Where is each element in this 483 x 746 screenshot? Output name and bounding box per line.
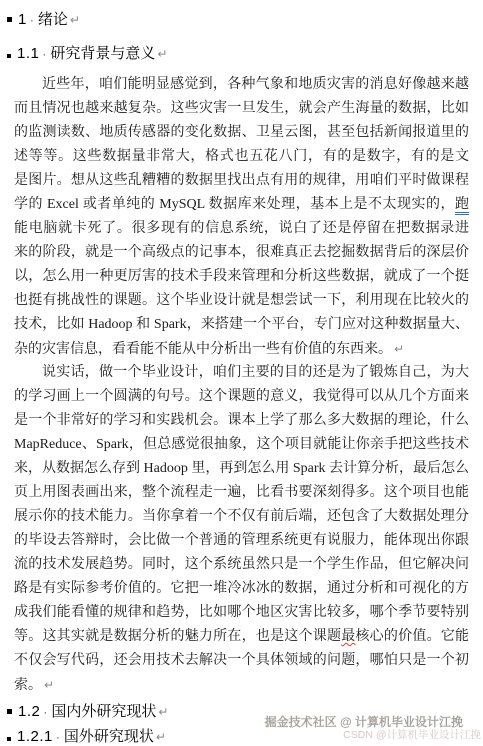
space-mark-icon: ·: [43, 705, 47, 719]
heading-title: 国外研究现状: [64, 728, 154, 745]
text-segment: 是一个非常好的学习和实践机会。课本上学了那么多大数据的理论，什么 HDFS、: [14, 413, 469, 433]
heading-1: 1·绪论↵: [14, 10, 469, 30]
text-segment: 来的阶段，就是一个高级点的记事本，很难真正去挖掘数据背后的深层价值。所: [14, 245, 469, 265]
outline-bullet-icon: [7, 54, 11, 58]
text-line: 索。↵: [14, 673, 469, 697]
text-line: 述等等。这些数据量非常大，格式也五花八门，有的是数字，有的是文本，有的: [14, 145, 469, 169]
text-line: 杂的灾害信息，看看能不能从中分析出一些有价值的东西来。↵: [14, 337, 469, 361]
paragraph-mark-icon: ↵: [44, 678, 54, 692]
text-line: 说实话，做一个毕业设计，咱们主要的目的还是为了锻炼自己，为大学四年: [14, 361, 469, 385]
text-line: 来，从数据怎么存到 Hadoop 里，再到怎么用 Spark 去计算分析，最后怎…: [14, 457, 469, 481]
text-line: 能电脑就卡死了。很多现有的信息系统，说白了还是停留在把数据录进去、查出: [14, 217, 469, 241]
text-segment: 近些年，咱们能明显感觉到，各种气象和地质灾害的消息好像越来越多了，: [14, 77, 469, 97]
text-segment: 来，从数据怎么存到 Hadoop 里，再到怎么用 Spark 去计算分析，最后怎…: [14, 461, 469, 481]
spellcheck-squiggle: 最: [341, 629, 355, 644]
text-segment: 不仅会写代码，还会用技术去解决一个具体领域的问题，哪怕只是一个初步的探: [14, 653, 469, 673]
heading-1-2-1: 1.2.1·国外研究现状↵: [14, 727, 469, 746]
text-line: 以，怎么用一种更厉害的技术手段来管理和分析这些数据，就成了一个挺有意思: [14, 265, 469, 289]
paragraph: 近些年，咱们能明显感觉到，各种气象和地质灾害的消息好像越来越多了，而且情况也越来…: [14, 73, 469, 361]
text-line: 展示你的技术能力。当你拿着一个不仅有前后端，还包含了大数据处理分析流程: [14, 505, 469, 529]
text-segment: 技术，比如 Hadoop 和 Spark，来搭建一个平台，专门应对这种数据量大、…: [14, 317, 469, 337]
text-segment: 述等等。这些数据量非常大，格式也五花八门，有的是数字，有的是文本，有的: [14, 149, 469, 169]
text-segment: 是图片。想从这些乱糟糟的数据里找出点有用的规律，用咱们平时做课程设计时: [14, 173, 469, 193]
heading-title: 绪论: [38, 11, 68, 28]
outline-bullet-icon: [7, 17, 12, 22]
text-line: 等。这其实就是数据分析的魅力所在，也是这个课题最核心的价值。它能证明你: [14, 625, 469, 649]
paragraph-mark-icon: ↵: [156, 730, 166, 744]
text-line: 近些年，咱们能明显感觉到，各种气象和地质灾害的消息好像越来越多了，: [14, 73, 469, 97]
text-segment: 能电脑就卡死了。很多现有的信息系统，说白了还是停留在把数据录进去、查出: [14, 221, 469, 241]
text-segment: 说实话，做一个毕业设计，咱们主要的目的还是为了锻炼自己，为大学四年: [14, 365, 469, 385]
text-line: 来的阶段，就是一个高级点的记事本，很难真正去挖掘数据背后的深层价值。所: [14, 241, 469, 265]
text-line: 页上用图表画出来，整个流程走一遍，比看书要深刻得多。这个项目也能很好地: [14, 481, 469, 505]
heading-title: 国内外研究现状: [51, 703, 156, 720]
heading-number: 1.2: [18, 703, 40, 720]
text-segment: 的学习画上一个圆满的句号。这个课题的意义，我觉得可以从几个方面来看。它: [14, 389, 469, 409]
text-line: 的监测读数、地质传感器的变化数据、卫星云图，甚至包括新闻报道里的文字描: [14, 121, 469, 145]
text-line: 路是有实际参考价值的。它把一堆冷冰冰的数据，通过分析和可视化的方式，变: [14, 577, 469, 601]
outline-bullet-icon: [7, 709, 12, 714]
text-line: 技术，比如 Hadoop 和 Spark，来搭建一个平台，专门应对这种数据量大、…: [14, 313, 469, 337]
text-segment: 杂的灾害信息，看看能不能从中分析出一些有价值的东西来。: [14, 342, 392, 357]
paragraph: 说实话，做一个毕业设计，咱们主要的目的还是为了锻炼自己，为大学四年的学习画上一个…: [14, 361, 469, 697]
text-line: 是图片。想从这些乱糟糟的数据里找出点有用的规律，用咱们平时做课程设计时: [14, 169, 469, 193]
text-line: 也挺有挑战性的课题。这个毕业设计就是想尝试一下，利用现在比较火的大数据: [14, 289, 469, 313]
text-line: 的学习画上一个圆满的句号。这个课题的意义，我觉得可以从几个方面来看。它: [14, 385, 469, 409]
text-line: 流的技术发展趋势。同时，这个系统虽然只是一个学生作品，但它解决问题的思: [14, 553, 469, 577]
text-segment: 展示你的技术能力。当你拿着一个不仅有前后端，还包含了大数据处理分析流程: [14, 509, 469, 529]
heading-1-1: 1.1·研究背景与意义↵: [14, 44, 469, 64]
text-segment: 页上用图表画出来，整个流程走一遍，比看书要深刻得多。这个项目也能很好地: [14, 485, 469, 505]
paragraph-mark-icon: ↵: [157, 47, 167, 61]
text-line: 成我们能看懂的规律和趋势，比如哪个地区灾害比较多，哪个季节要特别注意等: [14, 601, 469, 625]
text-segment: 以，怎么用一种更厉害的技术手段来管理和分析这些数据，就成了一个挺有意思: [14, 269, 469, 289]
text-segment: 路是有实际参考价值的。它把一堆冷冰冰的数据，通过分析和可视化的方式，变: [14, 581, 469, 601]
text-line: MapReduce、Spark，但总感觉很抽象，这个项目就能让你亲手把这些技术用…: [14, 433, 469, 457]
heading-number: 1: [18, 11, 27, 28]
document-body: 近些年，咱们能明显感觉到，各种气象和地质灾害的消息好像越来越多了，而且情况也越来…: [14, 73, 469, 697]
text-line: 不仅会写代码，还会用技术去解决一个具体领域的问题，哪怕只是一个初步的探: [14, 649, 469, 673]
text-segment: 的监测读数、地质传感器的变化数据、卫星云图，甚至包括新闻报道里的文字描: [14, 125, 469, 145]
space-mark-icon: ·: [56, 730, 60, 744]
text-segment: 索。: [14, 678, 42, 693]
text-line: 而且情况也越来越复杂。这些灾害一旦发生，就会产生海量的数据，比如气象站: [14, 97, 469, 121]
text-segment: 流的技术发展趋势。同时，这个系统虽然只是一个学生作品，但它解决问题的思: [14, 557, 469, 577]
heading-title: 研究背景与意义: [50, 45, 155, 62]
outline-bullet-icon: [7, 737, 11, 741]
space-mark-icon: ·: [30, 13, 34, 27]
text-segment: 学的 Excel 或者单纯的 MySQL 数据库来处理，基本上是不太现实的，: [14, 197, 455, 212]
text-line: 是一个非常好的学习和实践机会。课本上学了那么多大数据的理论，什么 HDFS、: [14, 409, 469, 433]
paragraph-mark-icon: ↵: [394, 342, 404, 356]
space-mark-icon: ·: [42, 47, 46, 61]
document-page: 1·绪论↵ 1.1·研究背景与意义↵ 近些年，咱们能明显感觉到，各种气象和地质灾…: [0, 0, 483, 746]
text-line: 的毕设去答辩时，会比做一个普通的管理系统更有说服力，能体现出你跟得上主: [14, 529, 469, 553]
text-segment: 也挺有挑战性的课题。这个毕业设计就是想尝试一下，利用现在比较火的大数据: [14, 293, 469, 313]
text-line: 学的 Excel 或者单纯的 MySQL 数据库来处理，基本上是不太现实的，跑一…: [14, 193, 469, 217]
text-segment: 成我们能看懂的规律和趋势，比如哪个地区灾害比较多，哪个季节要特别注意等: [14, 605, 469, 625]
paragraph-mark-icon: ↵: [158, 705, 168, 719]
heading-1-2: 1.2·国内外研究现状↵: [14, 702, 469, 722]
heading-number: 1.2.1: [17, 728, 53, 745]
text-segment: 而且情况也越来越复杂。这些灾害一旦发生，就会产生海量的数据，比如气象站: [14, 101, 469, 121]
text-segment: MapReduce、Spark，但总感觉很抽象，这个项目就能让你亲手把这些技术用…: [14, 437, 469, 457]
text-segment: 等。这其实就是数据分析的魅力所在，也是这个课题: [14, 629, 341, 644]
text-segment: 的毕设去答辩时，会比做一个普通的管理系统更有说服力，能体现出你跟得上主: [14, 533, 469, 553]
paragraph-mark-icon: ↵: [70, 13, 80, 27]
heading-number: 1.1: [17, 45, 39, 62]
